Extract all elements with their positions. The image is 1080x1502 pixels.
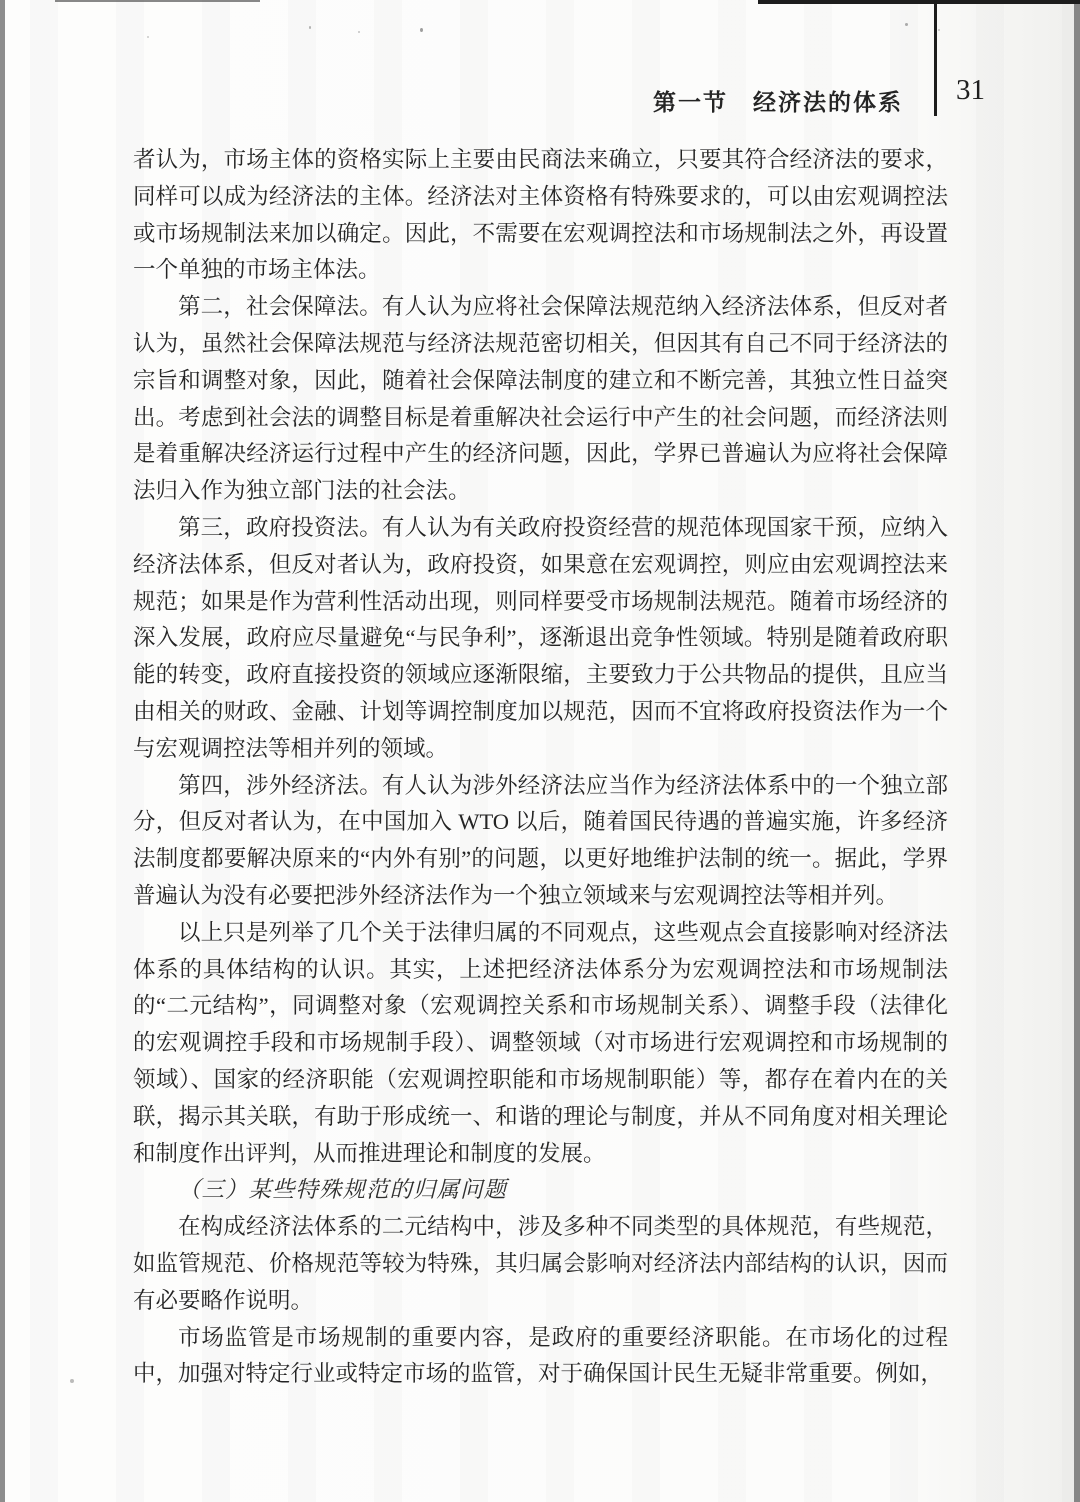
paragraph: 第三，政府投资法。有人认为有关政府投资经营的规范体现国家干预，应纳入经济法体系，…	[133, 510, 948, 768]
subsection-heading: （三）某些特殊规范的归属问题	[133, 1172, 948, 1209]
paragraph: 在构成经济法体系的二元结构中，涉及多种不同类型的具体规范，有些规范，如监管规范、…	[133, 1209, 948, 1319]
scan-top-border-fragment-left	[55, 0, 260, 2]
header-divider-rule	[934, 0, 937, 116]
paragraph: 以上只是列举了几个关于法律归属的不同观点，这些观点会直接影响对经济法体系的具体结…	[133, 915, 948, 1173]
paragraph: 第二，社会保障法。有人认为应将社会保障法规范纳入经济法体系，但反对者认为，虽然社…	[133, 289, 948, 510]
page-number: 31	[956, 74, 985, 107]
scan-speckle	[70, 1379, 74, 1383]
paragraph: 第四，涉外经济法。有人认为涉外经济法应当作为经济法体系中的一个独立部分，但反对者…	[133, 768, 948, 915]
body-text-block: 者认为，市场主体的资格实际上主要由民商法来确立，只要其符合经济法的要求，同样可以…	[133, 142, 948, 1393]
paragraph: 者认为，市场主体的资格实际上主要由民商法来确立，只要其符合经济法的要求，同样可以…	[133, 142, 948, 289]
running-head-section-title: 第一节 经济法的体系	[653, 84, 903, 117]
scan-speckle	[938, 29, 940, 31]
paragraph: 市场监管是市场规制的重要内容，是政府的重要经济职能。在市场化的过程中，加强对特定…	[133, 1320, 948, 1394]
scan-speckle	[905, 23, 908, 26]
scan-speckle	[420, 28, 423, 32]
scan-speckle	[358, 31, 360, 33]
book-page: 第一节 经济法的体系 31 者认为，市场主体的资格实际上主要由民商法来确立，只要…	[0, 0, 1080, 1502]
scan-speckle	[309, 26, 311, 29]
scan-speckle	[147, 36, 149, 38]
scan-edge-right-strip	[1074, 0, 1080, 1502]
scan-top-border-fragment-right	[758, 0, 1080, 4]
scan-edge-left-strip	[0, 0, 5, 1502]
